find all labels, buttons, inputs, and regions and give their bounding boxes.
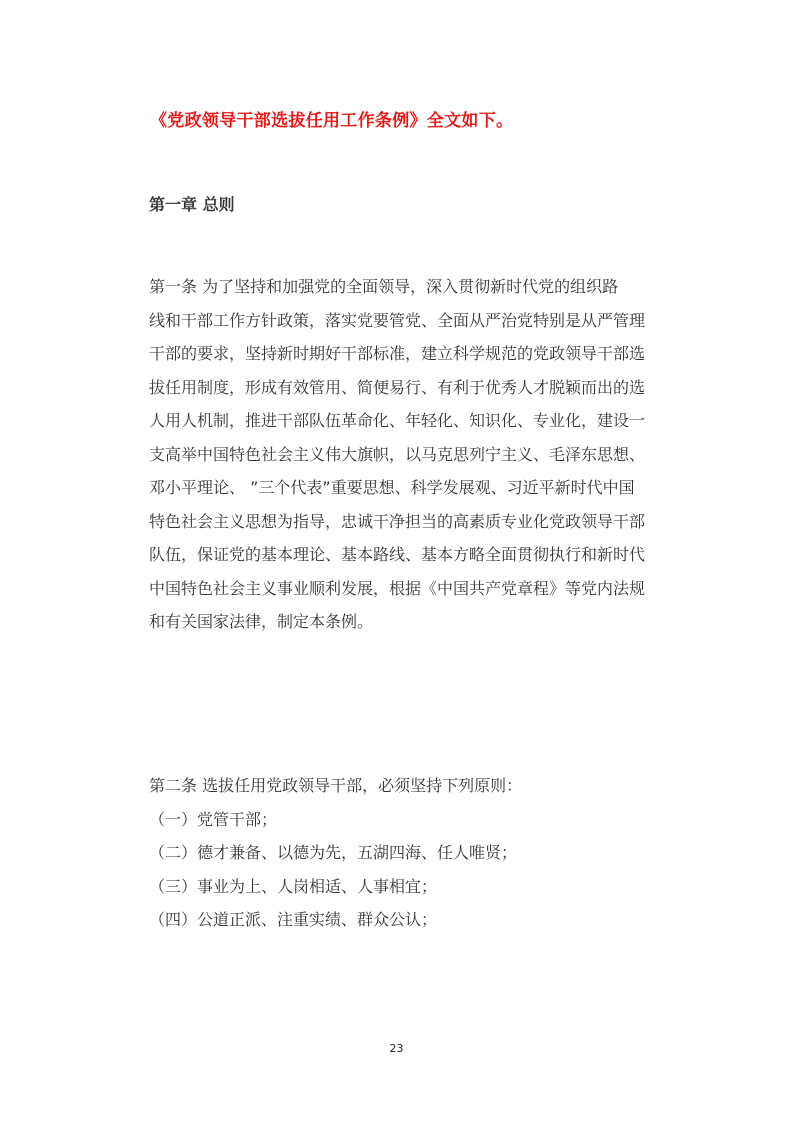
article-1-line: 和有关国家法律，制定本条例。 — [149, 605, 677, 639]
article-1-line: 队伍，保证党的基本理论、基本路线、基本方略全面贯彻执行和新时代 — [149, 538, 677, 572]
article-1-line: 支高举中国特色社会主义伟大旗帜，以马克思列宁主义、毛泽东思想、 — [149, 438, 677, 472]
article-1-line: 人用人机制，推进干部队伍革命化、年轻化、知识化、专业化，建设一 — [149, 404, 677, 438]
principle-item: （三）事业为上、人岗相适、人事相宜； — [149, 870, 677, 904]
article-1: 第一条 为了坚持和加强党的全面领导，深入贯彻新时代党的组织路 线和干部工作方针政… — [149, 270, 677, 639]
article-1-line: 线和干部工作方针政策，落实党要管党、全面从严治党特别是从严管理 — [149, 304, 677, 338]
principle-item: （四）公道正派、注重实绩、群众公认； — [149, 903, 677, 937]
chapter-heading: 第一章 总则 — [149, 192, 235, 215]
principle-item: （二）德才兼备、以德为先，五湖四海、任人唯贤； — [149, 836, 677, 870]
page-number: 23 — [0, 1042, 793, 1055]
article-1-line: 第一条 为了坚持和加强党的全面领导，深入贯彻新时代党的组织路 — [149, 270, 677, 304]
principle-item: （一）党管干部； — [149, 803, 677, 837]
article-1-line: 特色社会主义思想为指导，忠诚干净担当的高素质专业化党政领导干部 — [149, 505, 677, 539]
article-2-line: 第二条 选拔任用党政领导干部，必须坚持下列原则： — [149, 769, 677, 803]
article-1-line: 干部的要求，坚持新时期好干部标准，建立科学规范的党政领导干部选 — [149, 337, 677, 371]
document-page: 《党政领导干部选拔任用工作条例》全文如下。 第一章 总则 第一条 为了坚持和加强… — [0, 0, 793, 1122]
article-1-line: 中国特色社会主义事业顺利发展，根据《中国共产党章程》等党内法规 — [149, 572, 677, 606]
article-2: 第二条 选拔任用党政领导干部，必须坚持下列原则： （一）党管干部； （二）德才兼… — [149, 769, 677, 937]
article-1-line: 拔任用制度，形成有效管用、简便易行、有利于优秀人才脱颖而出的选 — [149, 371, 677, 405]
article-1-line: 邓小平理论、 ”三个代表”重要思想、科学发展观、习近平新时代中国 — [149, 471, 677, 505]
document-title: 《党政领导干部选拔任用工作条例》全文如下。 — [150, 106, 513, 131]
